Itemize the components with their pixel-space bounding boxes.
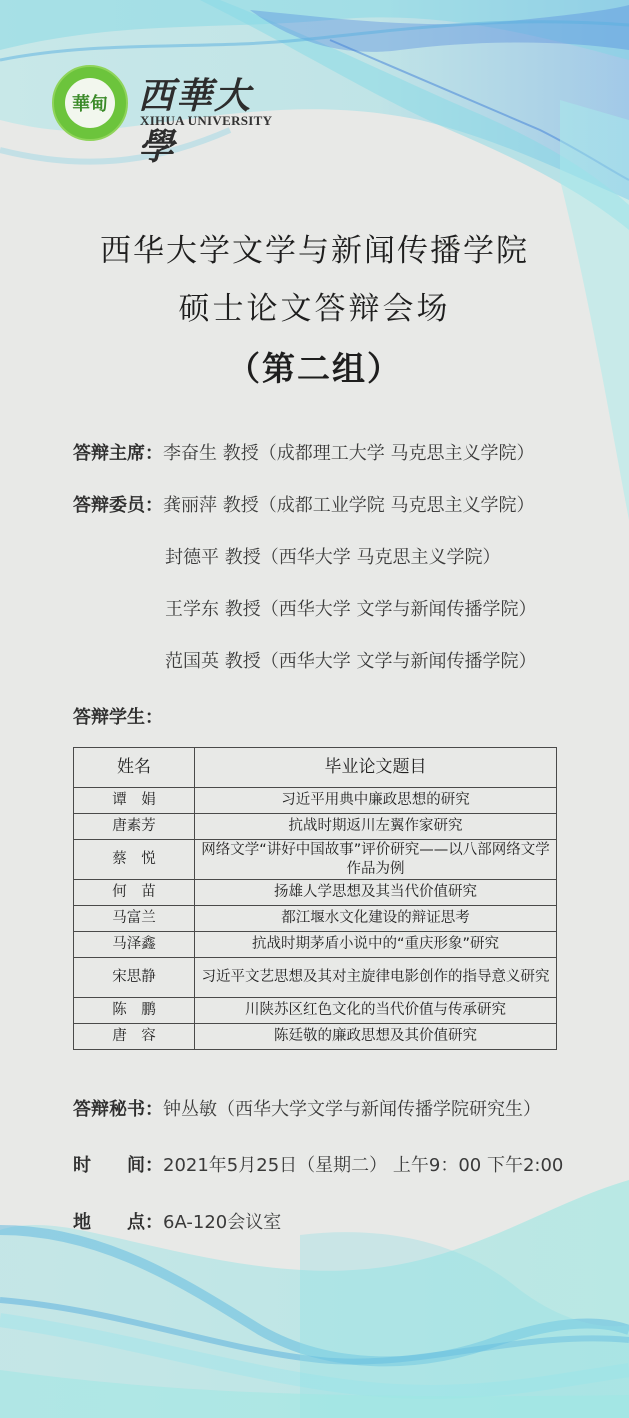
member-4: 范国英 教授（西华大学 文学与新闻传播学院） [165,647,536,673]
thesis-topic: 抗战时期返川左翼作家研究 [195,814,557,840]
table-row: 宋思静 习近平文艺思想及其对主旋律电影创作的指导意义研究 [74,958,557,998]
member-3: 王学东 教授（西华大学 文学与新闻传播学院） [165,595,536,621]
table-row: 马富兰 都江堰水文化建设的辩证思考 [74,906,557,932]
students-table: 姓名 毕业论文题目 谭 娟 习近平用典中廉政思想的研究 唐素芳 抗战时期返川左翼… [73,747,557,1050]
university-logo: 華甸 西華大學 XIHUA UNIVERSITY [52,60,282,140]
secretary-label: 答辩秘书： [73,1099,163,1120]
thesis-topic: 川陕苏区红色文化的当代价值与传承研究 [195,998,557,1024]
students-label-row: 答辩学生： [73,703,163,729]
place-row: 地 点：6A-120会议室 [73,1208,281,1234]
title-group: （第二组） [0,343,629,390]
thesis-topic: 抗战时期茅盾小说中的“重庆形象”研究 [195,932,557,958]
place-value: 6A-120会议室 [163,1212,281,1233]
table-row: 陈 鹏 川陕苏区红色文化的当代价值与传承研究 [74,998,557,1024]
table-row: 马泽鑫 抗战时期茅盾小说中的“重庆形象”研究 [74,932,557,958]
place-label: 地 点： [73,1212,163,1233]
members-row: 答辩委员：龚丽萍 教授（成都工业学院 马克思主义学院） [73,491,534,517]
member-1: 龚丽萍 教授（成都工业学院 马克思主义学院） [163,495,534,516]
student-name: 陈 鹏 [74,998,195,1024]
title-line-2: 硕士论文答辩会场 [0,283,629,328]
student-name: 马泽鑫 [74,932,195,958]
members-label: 答辩委员： [73,495,163,516]
secretary-row: 答辩秘书：钟丛敏（西华大学文学与新闻传播学院研究生） [73,1095,541,1121]
university-seal-icon: 華甸 [52,65,128,141]
time-label: 时 间： [73,1155,163,1176]
students-label: 答辩学生： [73,707,163,728]
time-value: 2021年5月25日（星期二） 上午9：00 下午2:00 [163,1155,563,1176]
chair-label: 答辩主席： [73,443,163,464]
table-row: 唐 容 陈廷敬的廉政思想及其价值研究 [74,1024,557,1050]
header-name: 姓名 [74,748,195,788]
student-name: 马富兰 [74,906,195,932]
chair-row: 答辩主席：李奋生 教授（成都理工大学 马克思主义学院） [73,439,534,465]
thesis-topic: 习近平文艺思想及其对主旋律电影创作的指导意义研究 [195,958,557,998]
university-name-en: XIHUA UNIVERSITY [140,113,272,129]
student-name: 唐素芳 [74,814,195,840]
student-name: 蔡 悦 [74,840,195,880]
header-topic: 毕业论文题目 [195,748,557,788]
table-header-row: 姓名 毕业论文题目 [74,748,557,788]
secretary-value: 钟丛敏（西华大学文学与新闻传播学院研究生） [163,1099,541,1120]
thesis-topic: 扬雄人学思想及其当代价值研究 [195,880,557,906]
table-row: 蔡 悦 网络文学“讲好中国故事”评价研究——以八部网络文学作品为例 [74,840,557,880]
thesis-topic: 习近平用典中廉政思想的研究 [195,788,557,814]
student-name: 唐 容 [74,1024,195,1050]
student-name: 何 苗 [74,880,195,906]
table-row: 何 苗 扬雄人学思想及其当代价值研究 [74,880,557,906]
thesis-topic: 网络文学“讲好中国故事”评价研究——以八部网络文学作品为例 [195,840,557,880]
thesis-topic: 陈廷敬的廉政思想及其价值研究 [195,1024,557,1050]
time-row: 时 间：2021年5月25日（星期二） 上午9：00 下午2:00 [73,1151,563,1177]
chair-value: 李奋生 教授（成都理工大学 马克思主义学院） [163,443,534,464]
seal-center: 華甸 [65,78,115,128]
title-line-1: 西华大学文学与新闻传播学院 [0,225,629,270]
student-name: 谭 娟 [74,788,195,814]
thesis-topic: 都江堰水文化建设的辩证思考 [195,906,557,932]
table-row: 谭 娟 习近平用典中廉政思想的研究 [74,788,557,814]
member-2: 封德平 教授（西华大学 马克思主义学院） [165,543,500,569]
table-row: 唐素芳 抗战时期返川左翼作家研究 [74,814,557,840]
student-name: 宋思静 [74,958,195,998]
